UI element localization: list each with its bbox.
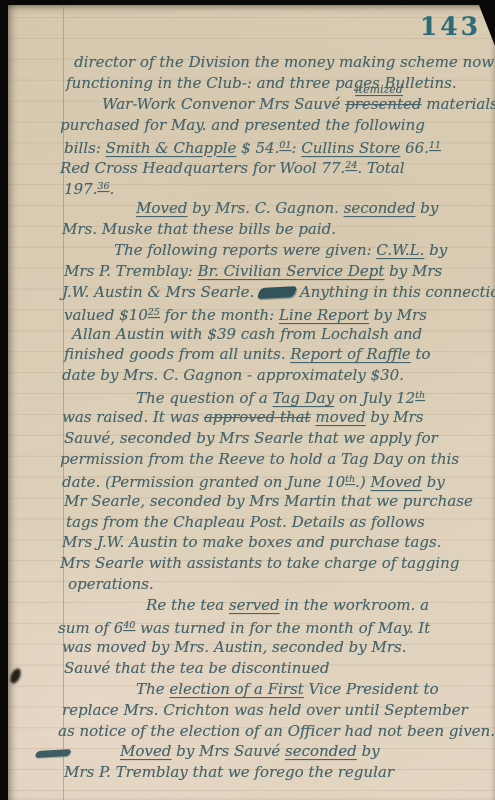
text-segment: by Mrs [366, 408, 424, 426]
text-segment: Report of Raffle [290, 345, 410, 363]
text-segment: date. (Permission granted on June 10 [62, 473, 345, 491]
text-segment: 24 [345, 160, 357, 171]
manuscript-line: Moved by Mrs Sauvé seconded by [66, 741, 493, 762]
manuscript-line: Moved by Mrs. C. Gagnon. seconded by [136, 198, 493, 219]
manuscript-line: valued $1025 for the month: Line Report … [64, 303, 493, 324]
text-segment: Mr Searle, seconded by Mrs Martin that w… [64, 492, 473, 510]
manuscript-line: was raised. It was approved that moved b… [62, 407, 493, 428]
manuscript-line: Mrs J.W. Austin to make boxes and purcha… [62, 532, 493, 553]
text-segment: 40 [123, 620, 135, 631]
manuscript-line: Sauvé, seconded by Mrs Searle that we ap… [64, 428, 493, 449]
text-segment: by [424, 241, 447, 259]
manuscript-line: Mr Searle, seconded by Mrs Martin that w… [64, 491, 493, 512]
text-segment: th [345, 474, 355, 485]
text-segment: Red Cross Headquarters for Wool 77. [60, 159, 345, 177]
text-segment: valued $10 [64, 306, 148, 324]
text-segment: Vice President to [304, 680, 439, 698]
text-segment: served [229, 596, 280, 614]
text-segment: Br. Civilian Service Dept [198, 262, 385, 280]
manuscript-line: functioning in the Club-: and three page… [66, 73, 493, 94]
text-segment: to [411, 345, 431, 363]
manuscript-line: The question of a Tag Day on July 12th [136, 386, 493, 407]
text-segment: th [415, 390, 425, 401]
text-segment: Allan Austin with $39 cash from Lochalsh… [72, 325, 422, 343]
manuscript-line: 197.36. [64, 177, 493, 198]
text-segment: Moved [120, 742, 171, 760]
text-segment: bills: [64, 139, 106, 157]
text-segment: 66. [400, 139, 429, 157]
manuscript-line: was moved by Mrs. Austin, seconded by Mr… [62, 637, 493, 658]
text-segment: J.W. Austin & Mrs Searle. [62, 283, 259, 301]
manuscript-line: director of the Division the money makin… [74, 52, 493, 73]
text-segment: C.W.L. [376, 241, 424, 259]
text-segment: as notice of the election of an Officer … [58, 722, 495, 740]
text-segment: Sauvé that the tea be discontinued [64, 659, 329, 677]
manuscript-line: Red Cross Headquarters for Wool 77.24. T… [60, 156, 493, 177]
text-segment: Moved [370, 473, 421, 491]
text-segment: on July 12 [334, 389, 415, 407]
manuscript-line: J.W. Austin & Mrs Searle. Anything in th… [62, 282, 493, 303]
manuscript-line: replace Mrs. Crichton was held over unti… [62, 700, 493, 721]
text-segment: seconded [344, 199, 416, 217]
manuscript-line: date by Mrs. C. Gagnon - approximately $… [62, 365, 493, 386]
text-segment: The question of a [136, 389, 273, 407]
manuscript-line: permission from the Reeve to hold a Tag … [60, 449, 493, 470]
text-segment: 25 [148, 307, 160, 318]
text-segment: Re the tea [146, 596, 229, 614]
text-segment: Mrs J.W. Austin to make boxes and purcha… [62, 533, 441, 551]
text-segment: .) [355, 473, 370, 491]
manuscript-line: The following reports were given: C.W.L.… [114, 240, 493, 261]
text-segment: $ 54. [236, 139, 279, 157]
inserted-word: itemized [355, 84, 403, 95]
manuscript-line: finished goods from all units. Report of… [64, 344, 493, 365]
manuscript-line: purchased for May. and presented the fol… [60, 115, 493, 136]
text-segment: Sauvé, seconded by Mrs Searle that we ap… [64, 429, 438, 447]
manuscript-line: operations. [68, 574, 493, 595]
manuscript-line: Mrs P. Tremblay: Br. Civilian Service De… [64, 261, 493, 282]
manuscript-line: Mrs P. Tremblay that we forego the regul… [64, 762, 493, 783]
ledger-page: 143 director of the Division the money m… [8, 5, 495, 800]
manuscript-line: Allan Austin with $39 cash from Lochalsh… [72, 324, 493, 345]
text-segment: 36 [97, 181, 109, 192]
text-segment: 197. [64, 180, 97, 198]
text-segment: Cullins Store [301, 139, 400, 157]
text-segment: Mrs P. Tremblay: [64, 262, 198, 280]
text-segment: Smith & Chapple [106, 139, 237, 157]
text-segment: director of the Division the money makin… [74, 53, 494, 71]
text-segment: for the month: [160, 306, 279, 324]
text-segment: finished goods from all units. [64, 345, 290, 363]
text-segment: approved that [204, 408, 311, 426]
text-segment: replace Mrs. Crichton was held over unti… [62, 701, 468, 719]
manuscript-line: Mrs Searle with assistants to take charg… [60, 553, 493, 574]
text-segment: Mrs P. Tremblay that we forego the regul… [64, 763, 394, 781]
text-segment: 11 [429, 140, 441, 151]
text-segment: date by Mrs. C. Gagnon - approximately $… [62, 366, 404, 384]
text-segment: Line Report [279, 306, 369, 324]
text-segment: was raised. It was [62, 408, 204, 426]
text-segment: by [357, 742, 380, 760]
text-segment: by Mrs [369, 306, 427, 324]
manuscript-line: War-Work Convenor Mrs Sauvé presentedite… [102, 94, 493, 115]
manuscript-line: bills: Smith & Chapple $ 54.01: Cullins … [64, 136, 493, 157]
text-segment: election of a First [169, 680, 303, 698]
text-segment: was moved by Mrs. Austin, seconded by Mr… [62, 638, 406, 656]
text-segment: by Mrs Sauvé [171, 742, 285, 760]
manuscript-line: The election of a First Vice President t… [136, 679, 493, 700]
text-segment: presenteditemized [345, 94, 421, 115]
text-segment: materials [421, 95, 495, 113]
text-segment: moved [315, 408, 365, 426]
text-segment: 01 [279, 140, 291, 151]
text-segment: War-Work Convenor Mrs Sauvé [102, 95, 345, 113]
ink-blot [256, 286, 297, 299]
scanned-minutes-page: { "page": { "number": "143", "ink_color"… [0, 0, 495, 800]
text-segment: permission from the Reeve to hold a Tag … [60, 450, 459, 468]
manuscript-line: tags from the Chapleau Post. Details as … [66, 512, 493, 533]
manuscript-line: Sauvé that the tea be discontinued [64, 658, 493, 679]
manuscript-line: Mrs. Muske that these bills be paid. [62, 219, 493, 240]
manuscript-line: as notice of the election of an Officer … [58, 721, 493, 742]
text-segment: . [110, 180, 115, 198]
text-segment: . Total [357, 159, 404, 177]
text-segment: The [136, 680, 169, 698]
text-segment: by [415, 199, 438, 217]
text-segment: Moved [136, 199, 187, 217]
text-segment: : [291, 139, 301, 157]
manuscript-line: date. (Permission granted on June 10th.)… [62, 470, 493, 491]
text-segment: seconded [285, 742, 357, 760]
text-segment: operations. [68, 575, 154, 593]
page-number: 143 [420, 12, 481, 41]
text-segment: purchased for May. and presented the fol… [60, 116, 425, 134]
text-segment: by Mrs [384, 262, 442, 280]
text-segment: was turned in for the month of May. It [135, 619, 430, 637]
text-segment: Anything in this connection [295, 283, 495, 301]
manuscript-line: Re the tea served in the workroom. a [146, 595, 493, 616]
text-segment: tags from the Chapleau Post. Details as … [66, 513, 425, 531]
text-segment: in the workroom. a [280, 596, 429, 614]
text-segment: by [422, 473, 445, 491]
text-segment: by Mrs. C. Gagnon. [187, 199, 343, 217]
text-segment: Mrs Searle with assistants to take charg… [60, 554, 459, 572]
text-segment: Mrs. Muske that these bills be paid. [62, 220, 336, 238]
manuscript-text: director of the Division the money makin… [66, 52, 493, 783]
text-segment: sum of 6 [58, 619, 123, 637]
text-segment: The following reports were given: [114, 241, 376, 259]
manuscript-line: sum of 640 was turned in for the month o… [58, 616, 493, 637]
text-segment: Tag Day [273, 389, 335, 407]
